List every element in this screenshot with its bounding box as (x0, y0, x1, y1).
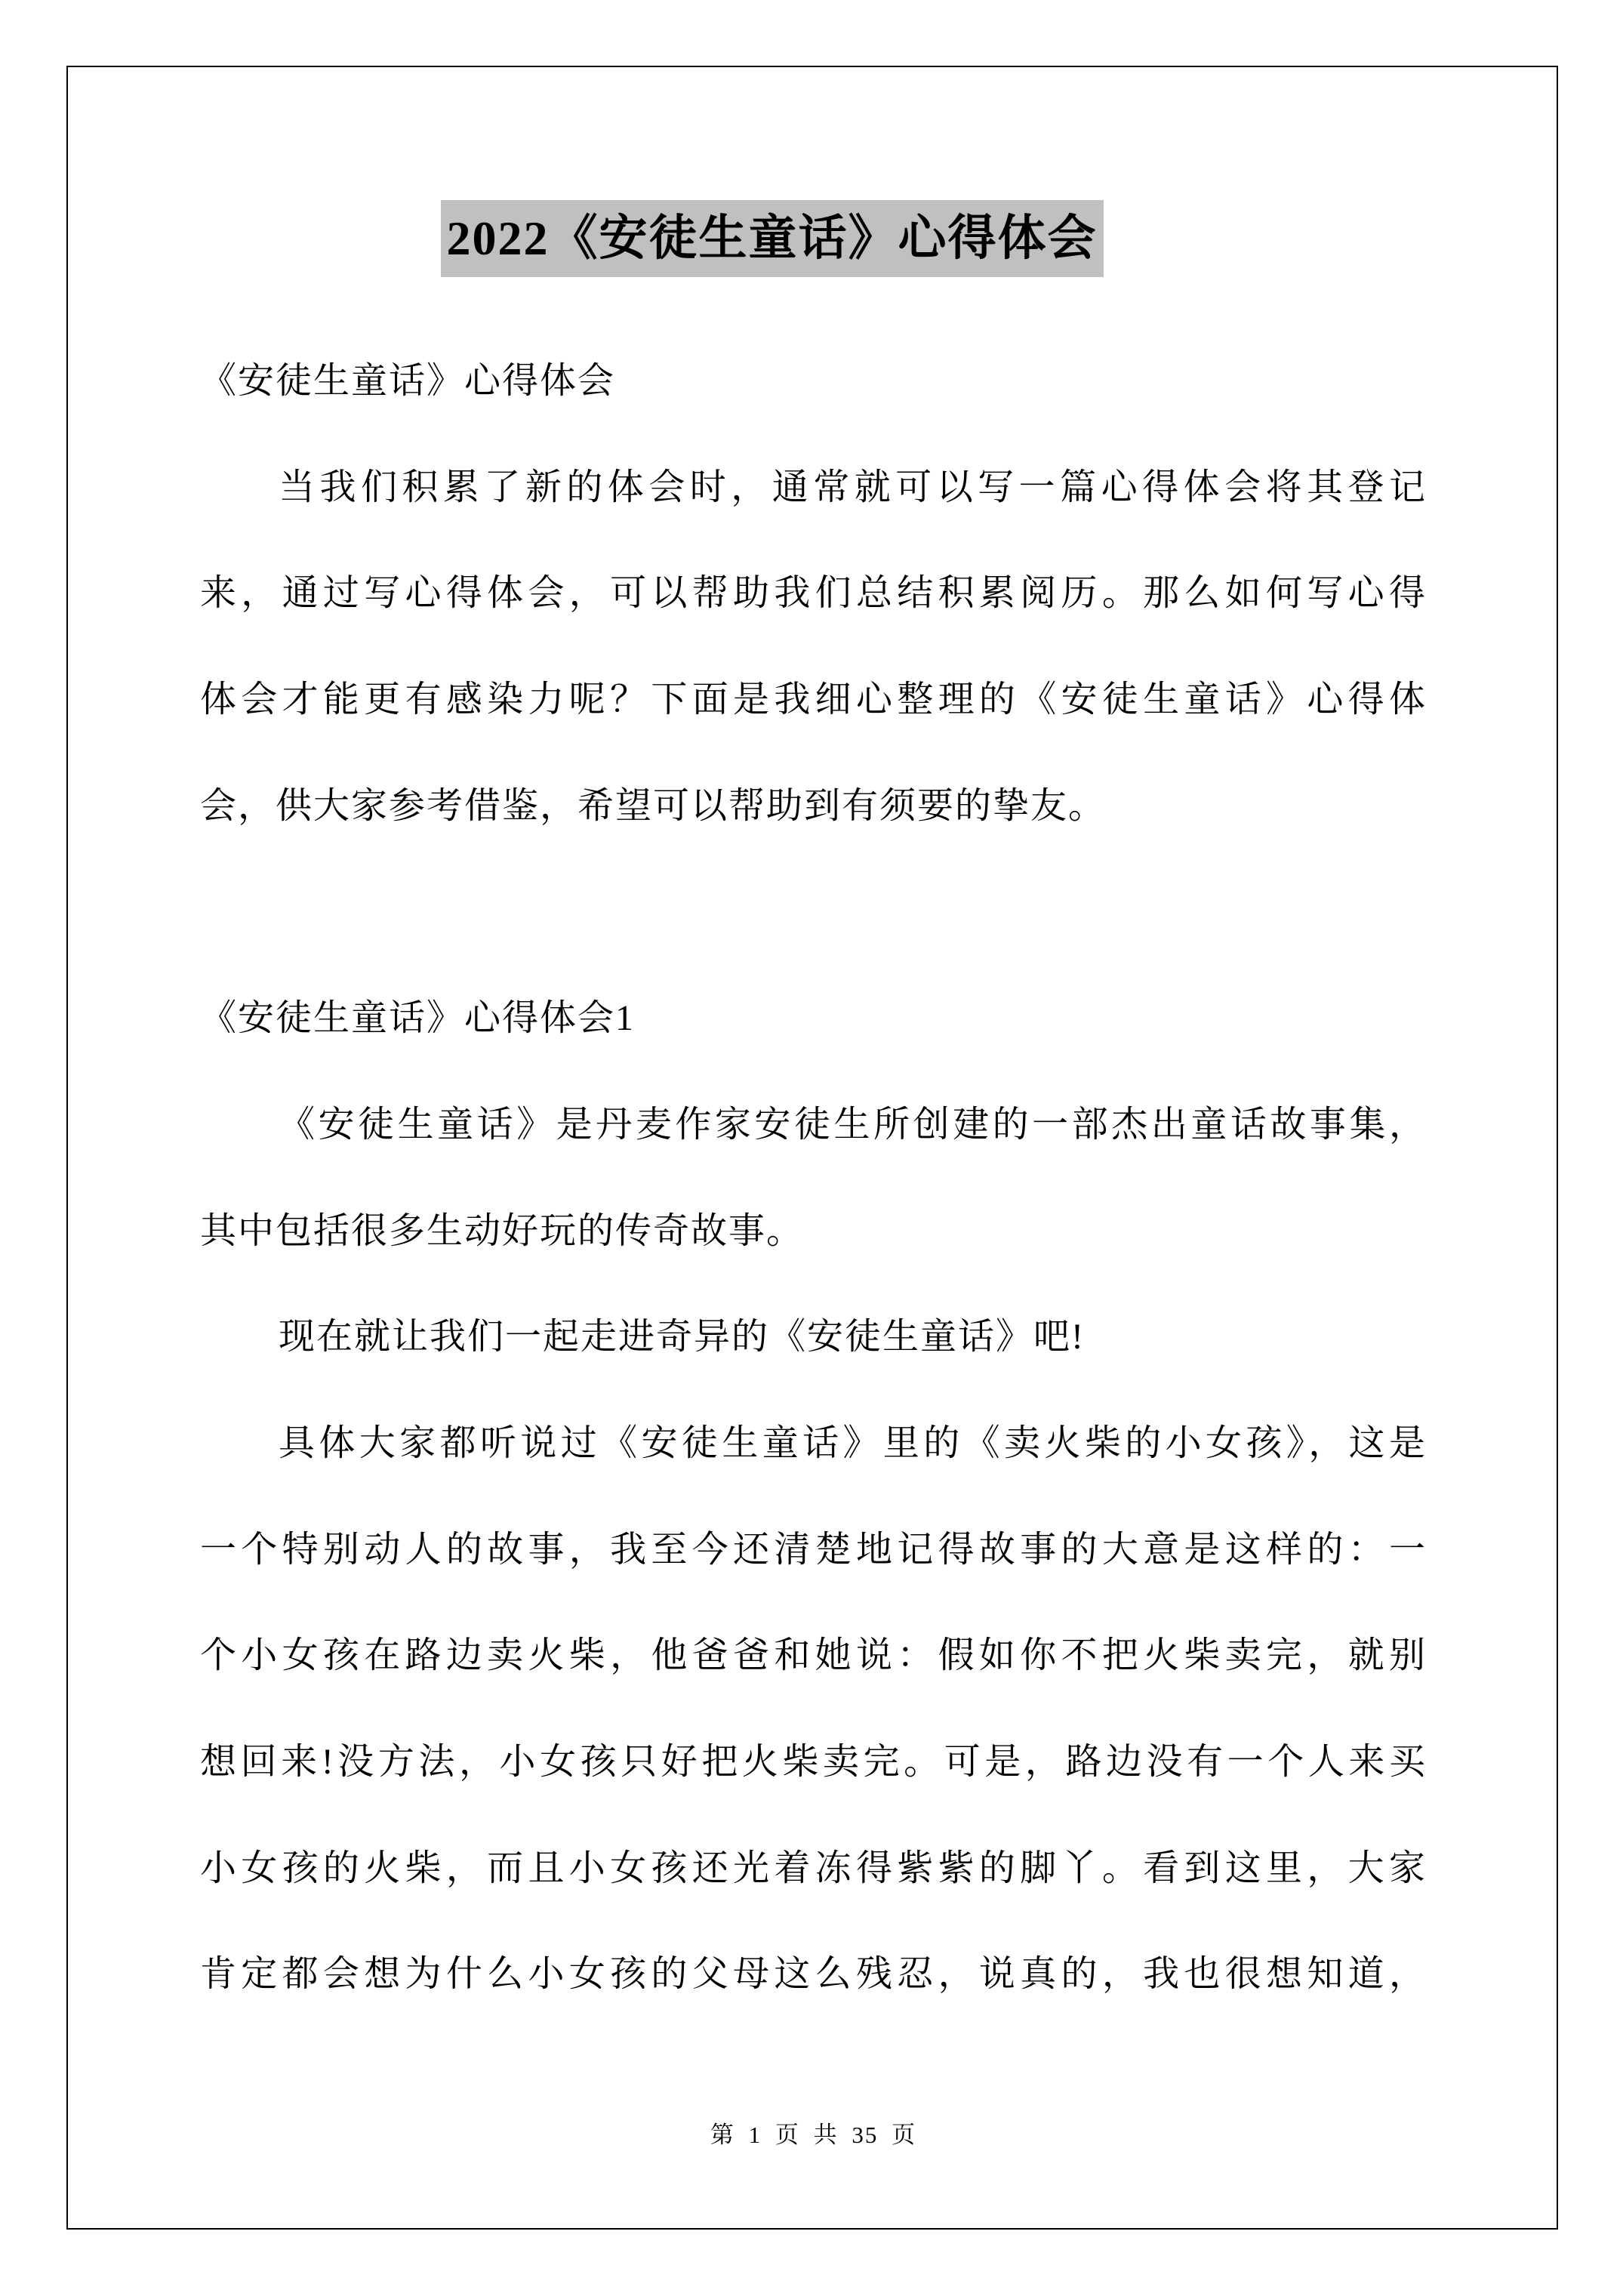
page-footer: 第 1 页 共 35 页 (200, 2119, 1427, 2152)
document-body: 《安徒生童话》心得体会当我们积累了新的体会时，通常就可以写一篇心得体会将其登记来… (200, 328, 1427, 2028)
body-line: 一个特别动人的故事，我至今还清楚地记得故事的大意是这样的：一 (200, 1497, 1427, 1604)
body-line: 现在就让我们一起走进奇异的《安徒生童话》吧! (200, 1284, 1427, 1391)
body-line: 小女孩的火柴，而且小女孩还光着冻得紫紫的脚丫。看到这里，大家 (200, 1816, 1427, 1922)
body-line (200, 859, 1427, 966)
body-line: 具体大家都听说过《安徒生童话》里的《卖火柴的小女孩》，这是 (200, 1391, 1427, 1497)
body-line: 肯定都会想为什么小女孩的父母这么残忍，说真的，我也很想知道， (200, 1922, 1427, 2028)
body-line: 来，通过写心得体会，可以帮助我们总结积累阅历。那么如何写心得 (200, 541, 1427, 647)
document-title: 2022《安徒生童话》心得体会 (441, 200, 1104, 277)
body-line: 《安徒生童话》是丹麦作家安徒生所创建的一部杰出童话故事集， (200, 1072, 1427, 1179)
page-number-text: 第 1 页 共 35 页 (710, 2122, 916, 2148)
body-line: 《安徒生童话》心得体会 (200, 328, 1427, 435)
body-line: 当我们积累了新的体会时，通常就可以写一篇心得体会将其登记 (200, 435, 1427, 541)
body-line: 会，供大家参考借鉴，希望可以帮助到有须要的挚友。 (200, 754, 1427, 860)
body-line: 体会才能更有感染力呢？下面是我细心整理的《安徒生童话》心得体 (200, 647, 1427, 754)
body-line: 个小女孩在路边卖火柴，他爸爸和她说：假如你不把火柴卖完，就别 (200, 1603, 1427, 1709)
body-line: 想回来!没方法，小女孩只好把火柴卖完。可是，路边没有一个人来买 (200, 1709, 1427, 1816)
document-page: 2022《安徒生童话》心得体会 《安徒生童话》心得体会当我们积累了新的体会时，通… (0, 0, 1623, 2296)
document-title-row: 2022《安徒生童话》心得体会 (200, 200, 1427, 277)
body-line: 其中包括很多生动好玩的传奇故事。 (200, 1179, 1427, 1285)
body-line: 《安徒生童话》心得体会1 (200, 966, 1427, 1072)
